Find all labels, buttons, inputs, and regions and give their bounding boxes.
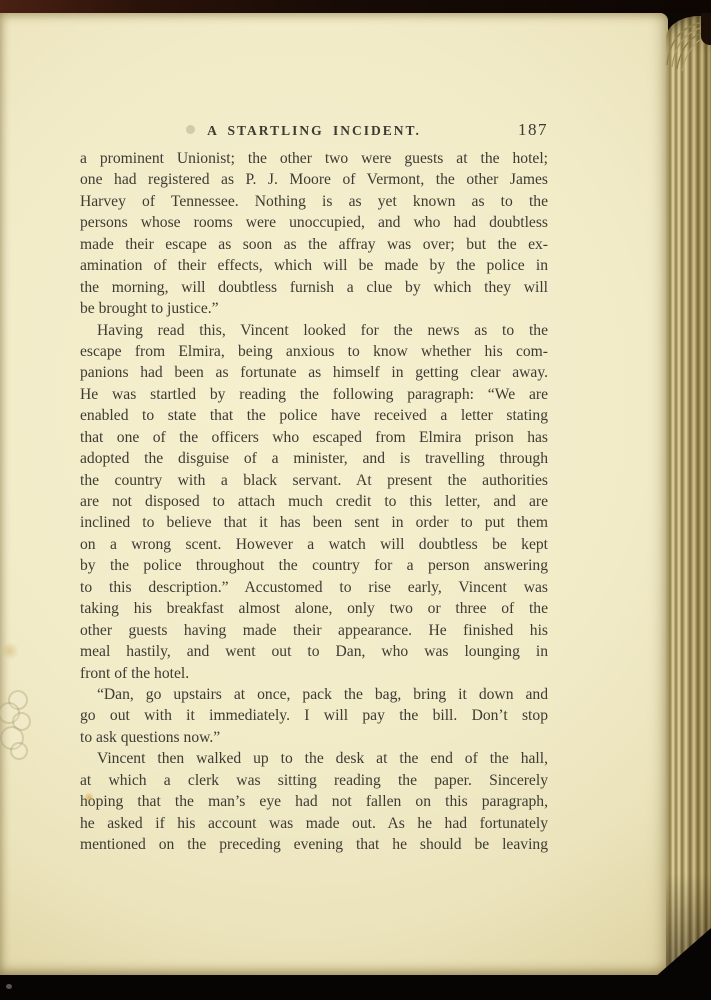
- text-line: He was startled by reading the following…: [80, 384, 548, 405]
- text-line: on a wrong scent. However a watch will d…: [80, 534, 548, 555]
- dust-speck: [6, 984, 12, 989]
- text-line: a prominent Unionist; the other two were…: [80, 148, 548, 169]
- text-line: persons whose rooms were unoccupied, and…: [80, 212, 548, 233]
- page-text: a prominent Unionist; the other two were…: [80, 148, 548, 855]
- text-line: amination of their effects, which will b…: [80, 255, 548, 276]
- text-line: be brought to justice.”: [80, 298, 548, 319]
- text-line: made their escape as soon as the affray …: [80, 234, 548, 255]
- text-line: Vincent then walked up to the desk at th…: [80, 748, 548, 769]
- text-line: adopted the disguise of a minister, and …: [80, 448, 548, 469]
- text-line: inclined to believe that it has been sen…: [80, 512, 548, 533]
- text-line: panions had been as fortunate as himself…: [80, 362, 548, 383]
- text-line: go out with it immediately. I will pay t…: [80, 705, 548, 726]
- running-title: A STARTLING INCIDENT.: [80, 123, 548, 139]
- text-line: by the police throughout the country for…: [80, 555, 548, 576]
- text-line: “Dan, go upstairs at once, pack the bag,…: [80, 684, 548, 705]
- text-line: enabled to state that the police have re…: [80, 405, 548, 426]
- emboss-stamp: [0, 690, 38, 790]
- text-line: he asked if his account was made out. As…: [80, 813, 548, 834]
- text-line: front of the hotel.: [80, 663, 548, 684]
- text-line: hoping that the man’s eye had not fallen…: [80, 791, 548, 812]
- page-header: A STARTLING INCIDENT. 187: [80, 121, 548, 141]
- text-line: meal hastily, and went out to Dan, who w…: [80, 641, 548, 662]
- scanned-book-photo: A STARTLING INCIDENT. 187 a prominent Un…: [0, 0, 711, 1000]
- text-line: other guests having made their appearanc…: [80, 620, 548, 641]
- text-line: are not disposed to attach much credit t…: [80, 491, 548, 512]
- page-number: 187: [518, 120, 548, 140]
- text-line: escape from Elmira, being anxious to kno…: [80, 341, 548, 362]
- text-line: at which a clerk was sitting reading the…: [80, 770, 548, 791]
- text-line: one had registered as P. J. Moore of Ver…: [80, 169, 548, 190]
- paper-smudge: [186, 125, 195, 134]
- book-page: A STARTLING INCIDENT. 187 a prominent Un…: [0, 13, 668, 975]
- text-line: taking his breakfast almost alone, only …: [80, 598, 548, 619]
- book-cover-top-edge: [0, 0, 711, 13]
- text-line: the country with a black servant. At pre…: [80, 470, 548, 491]
- text-line: to this description.” Accustomed to rise…: [80, 577, 548, 598]
- text-line: that one of the officers who escaped fro…: [80, 427, 548, 448]
- text-line: the morning, will doubtless furnish a cl…: [80, 277, 548, 298]
- text-line: Harvey of Tennessee. Nothing is as yet k…: [80, 191, 548, 212]
- text-line: to ask questions now.”: [80, 727, 548, 748]
- book-cover-bottom-edge: [0, 975, 711, 1000]
- page-edge-stack: [666, 16, 711, 968]
- paper-stain: [2, 641, 18, 661]
- text-line: mentioned on the preceding evening that …: [80, 834, 548, 855]
- paper-stain: [84, 792, 94, 803]
- cover-corner-shadow: [701, 13, 711, 45]
- text-line: Having read this, Vincent looked for the…: [80, 320, 548, 341]
